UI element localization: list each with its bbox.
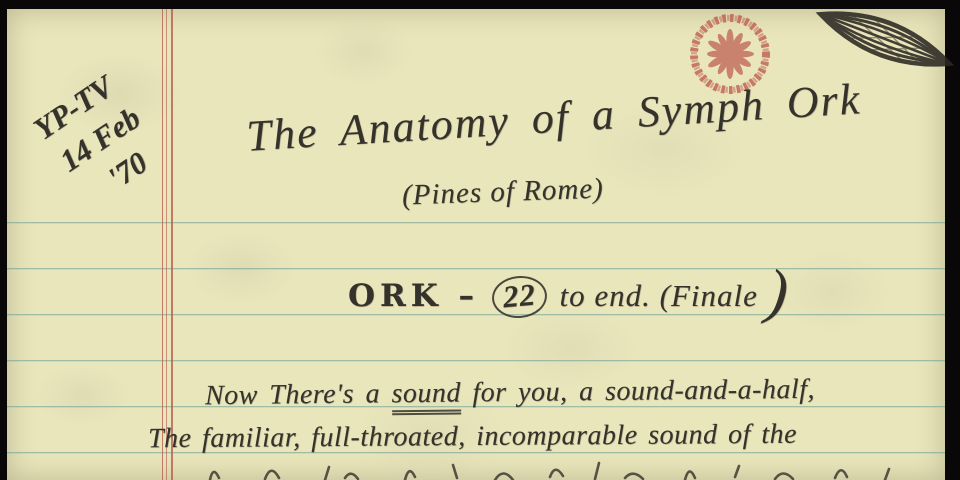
margin-line bbox=[162, 9, 163, 480]
body-line-2: The familiar, full-throated, incomparabl… bbox=[148, 419, 797, 456]
rule-line bbox=[7, 268, 945, 269]
rule-line bbox=[7, 222, 945, 223]
cut-off-line-strokes bbox=[195, 461, 915, 480]
cue-finale: (Finale bbox=[660, 278, 758, 313]
body-line-1-pre: Now There's a bbox=[205, 378, 392, 411]
body-line-1-underlined-word: sound bbox=[391, 378, 461, 416]
scanned-page: YP-TV 14 Feb '70 The Anatomy of a Symph … bbox=[0, 0, 960, 480]
football-doodle-icon bbox=[810, 0, 960, 86]
body-line-1-post: for you, a sound-and-a-half, bbox=[461, 374, 815, 409]
subtitle: (Pines of Rome) bbox=[401, 172, 604, 212]
cue-middle: to end. bbox=[560, 278, 660, 313]
ork-cue-line: ORK – 22 to end. (Finale ) bbox=[348, 276, 788, 318]
body-line-1: Now There's a sound for you, a sound-and… bbox=[205, 374, 815, 417]
margin-line bbox=[171, 9, 173, 480]
rule-line bbox=[7, 360, 945, 361]
closing-paren: ) bbox=[767, 291, 789, 293]
cue-prefix: ORK – bbox=[348, 278, 479, 314]
circled-number: 22 bbox=[490, 274, 548, 321]
margin-line bbox=[166, 9, 167, 480]
